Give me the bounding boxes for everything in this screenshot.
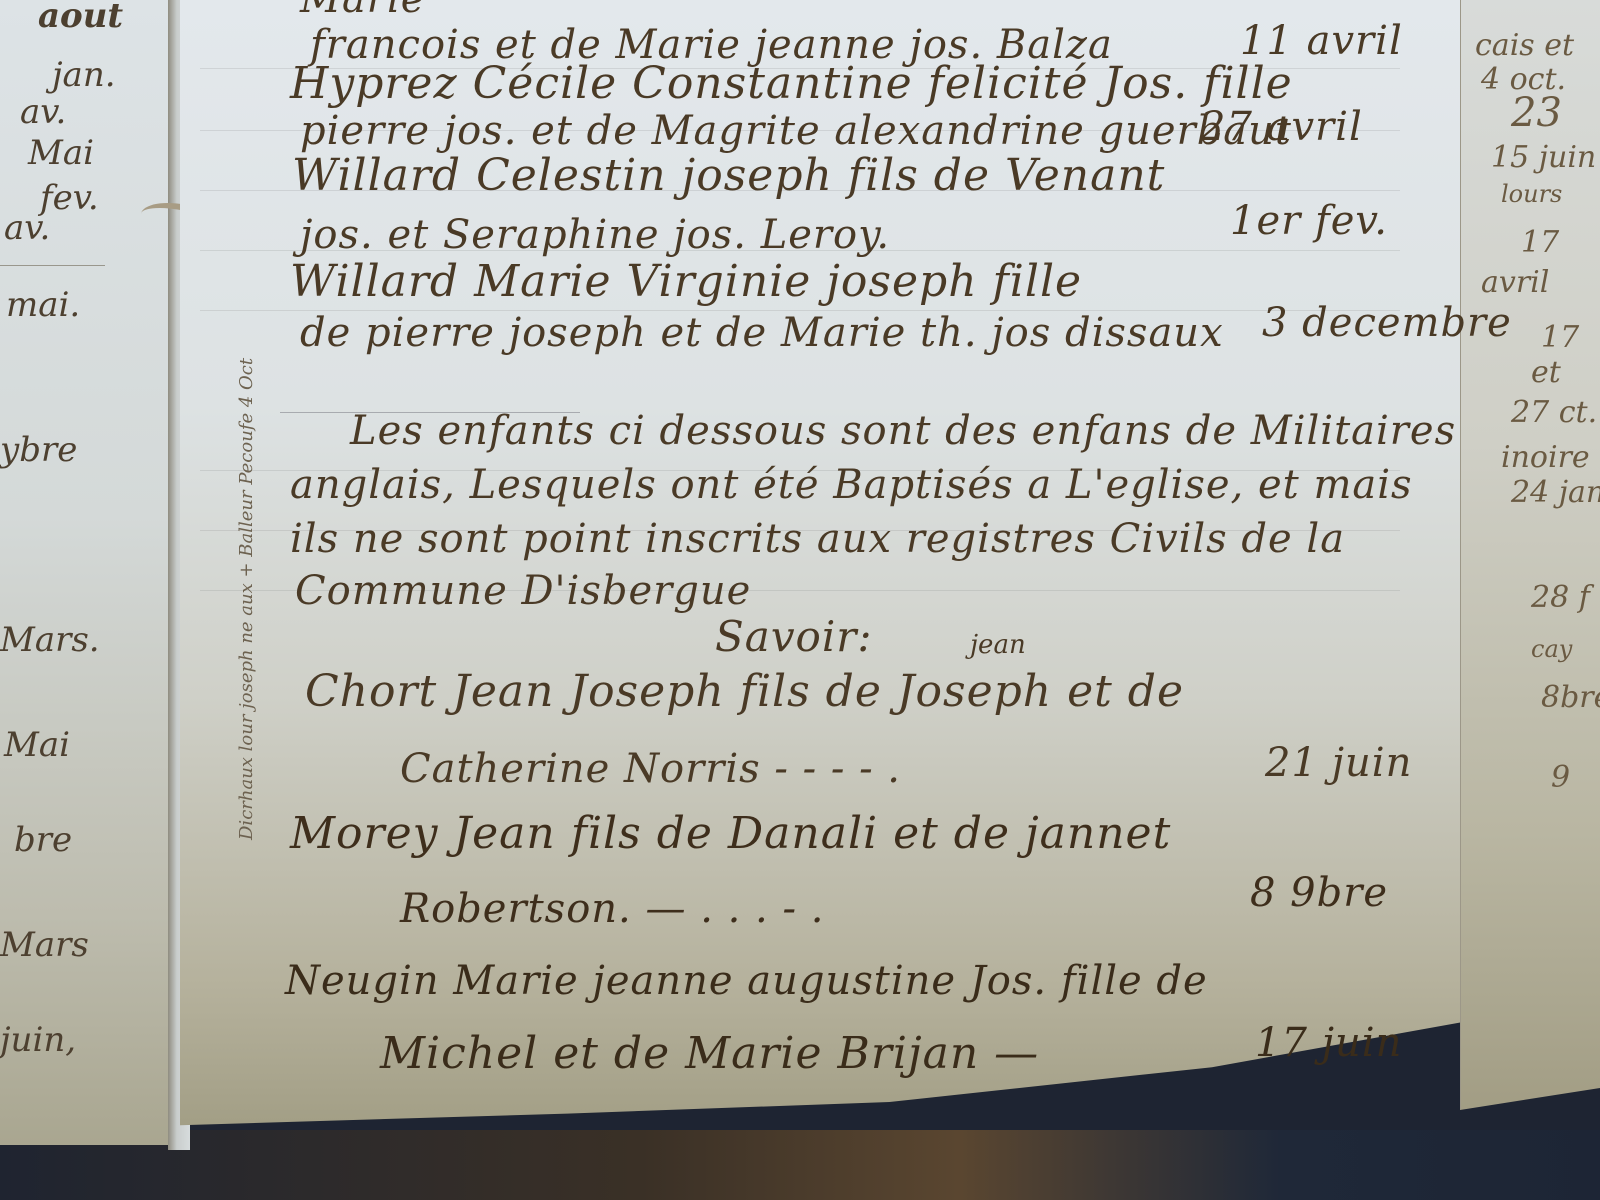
entry-date: 3 decembre <box>1262 300 1512 346</box>
right-margin-fragment: et <box>1531 355 1561 390</box>
table-background <box>0 1130 1600 1200</box>
right-margin-fragment: lours <box>1501 180 1562 208</box>
register-line: Neugin Marie jeanne augustine Jos. fille… <box>285 958 1208 1004</box>
right-margin-fragment: avril <box>1481 265 1549 300</box>
right-margin-fragment: inoire <box>1501 440 1590 475</box>
register-line: ils ne sont point inscrits aux registres… <box>290 516 1345 562</box>
register-line: Willard Marie Virginie joseph fille <box>290 256 1082 307</box>
vertical-margin-note: Dicrhaux lour joseph ne aux + Balleur Pe… <box>236 358 257 840</box>
divider <box>0 265 105 266</box>
entry-date: 8 9bre <box>1250 870 1388 916</box>
left-margin-entry: av. <box>20 92 66 132</box>
insertion-note: jean <box>970 630 1026 660</box>
left-page: aout jan. av. Mai fev. av. mai. ybre Mar… <box>0 0 170 1145</box>
left-margin-entry: jan. <box>52 55 116 95</box>
right-margin-fragment: 27 ct. <box>1511 395 1597 430</box>
left-margin-entry: Mars <box>0 925 89 965</box>
right-margin-fragment: 17 <box>1521 225 1559 260</box>
left-margin-entry: bre <box>14 820 72 860</box>
register-line: Hyprez Cécile Constantine felicité Jos. … <box>290 58 1293 109</box>
register-line: Morey Jean fils de Danali et de jannet <box>290 808 1171 859</box>
register-line: Willard Celestin joseph fils de Venant <box>292 150 1165 201</box>
left-margin-entry: ybre <box>0 430 77 470</box>
right-margin-fragment: cay <box>1531 635 1572 663</box>
register-line: Chort Jean Joseph fils de Joseph et de <box>305 666 1184 717</box>
register-line: jos. et Seraphine jos. Leroy. <box>300 212 890 258</box>
right-margin-fragment: cais et <box>1475 28 1574 63</box>
section-heading: Savoir: <box>715 612 873 661</box>
register-line: Catherine Norris - - - - . <box>400 746 901 792</box>
register-line: Robertson. — . . . - . <box>400 886 824 932</box>
entry-date: 17 juin <box>1255 1020 1402 1066</box>
register-line: Les enfants ci dessous sont des enfans d… <box>350 408 1456 454</box>
register-line: Commune D'isbergue <box>295 568 751 614</box>
right-margin-fragment: 15 juin <box>1491 140 1596 175</box>
right-margin-fragment: 8bre <box>1541 680 1600 715</box>
left-margin-entry: juin, <box>0 1020 76 1060</box>
left-margin-entry: aout <box>38 0 123 36</box>
right-margin-fragment: 23 <box>1511 90 1562 136</box>
entry-date: 21 juin <box>1265 740 1412 786</box>
register-line: Michel et de Marie Brijan — <box>380 1028 1039 1079</box>
right-margin-fragment: 28 f <box>1531 580 1590 615</box>
entry-date: 27 avril <box>1200 104 1363 150</box>
left-margin-entry: mai. <box>6 285 80 325</box>
left-margin-entry: Mars. <box>0 620 100 660</box>
register-line: de pierre joseph et de Marie th. jos dis… <box>300 310 1224 356</box>
right-page-edge: cais et 4 oct. 23 15 juin lours 17 avril… <box>1460 0 1600 1110</box>
left-margin-entry: Mai <box>4 725 70 765</box>
left-margin-entry: Mai <box>28 133 94 173</box>
register-line: pierre jos. et de Magrite alexandrine gu… <box>300 108 1292 154</box>
right-margin-fragment: 9 <box>1551 760 1570 795</box>
book-spread: aout jan. av. Mai fev. av. mai. ybre Mar… <box>0 0 1600 1200</box>
left-margin-entry: av. <box>4 208 50 248</box>
entry-date: 1er fev. <box>1230 198 1388 244</box>
right-margin-fragment: 17 <box>1541 320 1579 355</box>
register-line: Marie <box>300 0 425 22</box>
register-line: anglais, Lesquels ont été Baptisés a L'e… <box>290 462 1413 508</box>
right-margin-fragment: 24 jan <box>1511 475 1600 510</box>
